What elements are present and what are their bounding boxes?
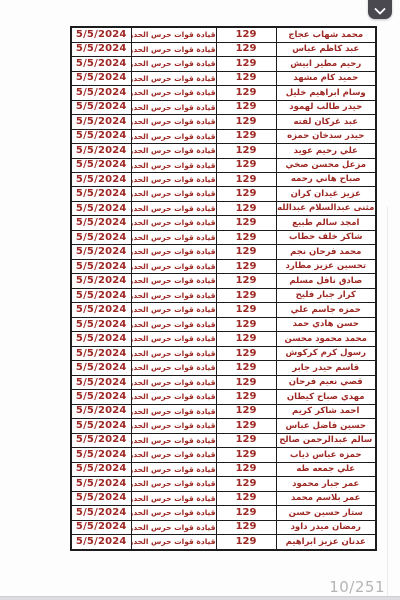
- table-row: 5/5/2024 قيادة قوات حرس الحدود 129 قصي ن…: [71, 375, 376, 389]
- table-row: 5/5/2024 قيادة قوات حرس الحدود 129 عبد ك…: [71, 42, 376, 56]
- number-cell: 129: [216, 144, 276, 158]
- date-cell: 5/5/2024: [71, 491, 131, 505]
- table-row: 5/5/2024 قيادة قوات حرس الحدود 129 حيدر …: [71, 100, 376, 114]
- unit-cell: قيادة قوات حرس الحدود: [131, 230, 216, 244]
- table-row: 5/5/2024 قيادة قوات حرس الحدود 129 عزيز …: [71, 187, 376, 201]
- unit-cell: قيادة قوات حرس الحدود: [131, 419, 216, 433]
- date-cell: 5/5/2024: [71, 173, 131, 187]
- table-row: 5/5/2024 قيادة قوات حرس الحدود 129 محمد …: [71, 27, 376, 42]
- chevron-down-icon: [374, 8, 386, 15]
- number-cell: 129: [216, 520, 276, 534]
- name-cell: وسام ابراهيم خليل: [276, 86, 376, 100]
- unit-cell: قيادة قوات حرس الحدود: [131, 115, 216, 129]
- date-cell: 5/5/2024: [71, 86, 131, 100]
- number-cell: 129: [216, 158, 276, 172]
- name-cell: محمد محمود محسن: [276, 332, 376, 346]
- number-cell: 129: [216, 332, 276, 346]
- name-cell: عدنان عزيز ابراهيم: [276, 535, 376, 550]
- number-cell: 129: [216, 245, 276, 259]
- number-cell: 129: [216, 100, 276, 114]
- unit-cell: قيادة قوات حرس الحدود: [131, 274, 216, 288]
- name-cell: عمر بلاسم محمد: [276, 491, 376, 505]
- number-cell: 129: [216, 173, 276, 187]
- number-cell: 129: [216, 375, 276, 389]
- date-cell: 5/5/2024: [71, 477, 131, 491]
- name-cell: حسين فاضل عباس: [276, 419, 376, 433]
- table-row: 5/5/2024 قيادة قوات حرس الحدود 129 ستار …: [71, 506, 376, 520]
- table-row: 5/5/2024 قيادة قوات حرس الحدود 129 مزعل …: [71, 158, 376, 172]
- unit-cell: قيادة قوات حرس الحدود: [131, 86, 216, 100]
- date-cell: 5/5/2024: [71, 27, 131, 42]
- unit-cell: قيادة قوات حرس الحدود: [131, 129, 216, 143]
- name-cell: امجد سالم طبيع: [276, 216, 376, 230]
- records-table: 5/5/2024 قيادة قوات حرس الحدود 129 محمد …: [70, 26, 377, 551]
- number-cell: 129: [216, 274, 276, 288]
- date-cell: 5/5/2024: [71, 187, 131, 201]
- table-row: 5/5/2024 قيادة قوات حرس الحدود 129 عمر ج…: [71, 477, 376, 491]
- date-cell: 5/5/2024: [71, 245, 131, 259]
- date-cell: 5/5/2024: [71, 115, 131, 129]
- unit-cell: قيادة قوات حرس الحدود: [131, 361, 216, 375]
- unit-cell: قيادة قوات حرس الحدود: [131, 477, 216, 491]
- number-cell: 129: [216, 535, 276, 550]
- number-cell: 129: [216, 448, 276, 462]
- date-cell: 5/5/2024: [71, 71, 131, 85]
- unit-cell: قيادة قوات حرس الحدود: [131, 520, 216, 534]
- table-row: 5/5/2024 قيادة قوات حرس الحدود 129 رحيم …: [71, 57, 376, 71]
- unit-cell: قيادة قوات حرس الحدود: [131, 201, 216, 215]
- unit-cell: قيادة قوات حرس الحدود: [131, 245, 216, 259]
- name-cell: حمزه جاسم علي: [276, 303, 376, 317]
- name-cell: حيدر طالب لهمود: [276, 100, 376, 114]
- number-cell: 129: [216, 462, 276, 476]
- date-cell: 5/5/2024: [71, 303, 131, 317]
- date-cell: 5/5/2024: [71, 404, 131, 418]
- number-cell: 129: [216, 71, 276, 85]
- name-cell: حيدر سدخان حمزه: [276, 129, 376, 143]
- scrollbar[interactable]: [387, 206, 388, 596]
- number-cell: 129: [216, 404, 276, 418]
- unit-cell: قيادة قوات حرس الحدود: [131, 100, 216, 114]
- unit-cell: قيادة قوات حرس الحدود: [131, 27, 216, 42]
- number-cell: 129: [216, 506, 276, 520]
- table-row: 5/5/2024 قيادة قوات حرس الحدود 129 حسين …: [71, 419, 376, 433]
- unit-cell: قيادة قوات حرس الحدود: [131, 448, 216, 462]
- date-cell: 5/5/2024: [71, 448, 131, 462]
- table-row: 5/5/2024 قيادة قوات حرس الحدود 129 وسام …: [71, 86, 376, 100]
- unit-cell: قيادة قوات حرس الحدود: [131, 535, 216, 550]
- date-cell: 5/5/2024: [71, 506, 131, 520]
- table-row: 5/5/2024 قيادة قوات حرس الحدود 129 حميد …: [71, 71, 376, 85]
- next-page-edge: [0, 596, 400, 600]
- unit-cell: قيادة قوات حرس الحدود: [131, 375, 216, 389]
- date-cell: 5/5/2024: [71, 317, 131, 331]
- name-cell: عمر جبار محمود: [276, 477, 376, 491]
- name-cell: حسن هادي حمد: [276, 317, 376, 331]
- date-cell: 5/5/2024: [71, 216, 131, 230]
- name-cell: مثنى عبدالسلام عبدالله: [276, 201, 376, 215]
- unit-cell: قيادة قوات حرس الحدود: [131, 288, 216, 302]
- table-row: 5/5/2024 قيادة قوات حرس الحدود 129 عمر ب…: [71, 491, 376, 505]
- name-cell: مهدي صباح كيطان: [276, 390, 376, 404]
- unit-cell: قيادة قوات حرس الحدود: [131, 506, 216, 520]
- name-cell: رسول كرم كركوش: [276, 346, 376, 360]
- number-cell: 129: [216, 230, 276, 244]
- table-row: 5/5/2024 قيادة قوات حرس الحدود 129 علي ج…: [71, 462, 376, 476]
- name-cell: رمضان ميدر داود: [276, 520, 376, 534]
- date-cell: 5/5/2024: [71, 100, 131, 114]
- table-row: 5/5/2024 قيادة قوات حرس الحدود 129 محمد …: [71, 245, 376, 259]
- date-cell: 5/5/2024: [71, 520, 131, 534]
- unit-cell: قيادة قوات حرس الحدود: [131, 317, 216, 331]
- date-cell: 5/5/2024: [71, 433, 131, 447]
- table-row: 5/5/2024 قيادة قوات حرس الحدود 129 مثنى …: [71, 201, 376, 215]
- date-cell: 5/5/2024: [71, 332, 131, 346]
- table-row: 5/5/2024 قيادة قوات حرس الحدود 129 مهدي …: [71, 390, 376, 404]
- page-indicator: 10/251: [329, 578, 385, 596]
- date-cell: 5/5/2024: [71, 158, 131, 172]
- number-cell: 129: [216, 419, 276, 433]
- unit-cell: قيادة قوات حرس الحدود: [131, 404, 216, 418]
- number-cell: 129: [216, 201, 276, 215]
- name-cell: قصي نعيم فرحان: [276, 375, 376, 389]
- date-cell: 5/5/2024: [71, 390, 131, 404]
- number-cell: 129: [216, 216, 276, 230]
- table-row: 5/5/2024 قيادة قوات حرس الحدود 129 صباح …: [71, 173, 376, 187]
- table-row: 5/5/2024 قيادة قوات حرس الحدود 129 حيدر …: [71, 129, 376, 143]
- table-row: 5/5/2024 قيادة قوات حرس الحدود 129 عدنان…: [71, 535, 376, 550]
- number-cell: 129: [216, 115, 276, 129]
- number-cell: 129: [216, 491, 276, 505]
- unit-cell: قيادة قوات حرس الحدود: [131, 390, 216, 404]
- table-row: 5/5/2024 قيادة قوات حرس الحدود 129 شاكر …: [71, 230, 376, 244]
- name-cell: شاكر خلف حطاب: [276, 230, 376, 244]
- table-row: 5/5/2024 قيادة قوات حرس الحدود 129 حسن ه…: [71, 317, 376, 331]
- date-cell: 5/5/2024: [71, 346, 131, 360]
- name-cell: محمد فرحان نجم: [276, 245, 376, 259]
- unit-cell: قيادة قوات حرس الحدود: [131, 42, 216, 56]
- table-row: 5/5/2024 قيادة قوات حرس الحدود 129 كرار …: [71, 288, 376, 302]
- date-cell: 5/5/2024: [71, 375, 131, 389]
- date-cell: 5/5/2024: [71, 419, 131, 433]
- name-cell: صباح هاني رحمه: [276, 173, 376, 187]
- date-cell: 5/5/2024: [71, 144, 131, 158]
- number-cell: 129: [216, 317, 276, 331]
- unit-cell: قيادة قوات حرس الحدود: [131, 433, 216, 447]
- name-cell: رحيم مطير ابيش: [276, 57, 376, 71]
- unit-cell: قيادة قوات حرس الحدود: [131, 144, 216, 158]
- unit-cell: قيادة قوات حرس الحدود: [131, 332, 216, 346]
- number-cell: 129: [216, 361, 276, 375]
- number-cell: 129: [216, 303, 276, 317]
- unit-cell: قيادة قوات حرس الحدود: [131, 71, 216, 85]
- name-cell: احمد شاكر كريم: [276, 404, 376, 418]
- number-cell: 129: [216, 57, 276, 71]
- date-cell: 5/5/2024: [71, 535, 131, 550]
- table-row: 5/5/2024 قيادة قوات حرس الحدود 129 صادق …: [71, 274, 376, 288]
- table-row: 5/5/2024 قيادة قوات حرس الحدود 129 حمزه …: [71, 448, 376, 462]
- unit-cell: قيادة قوات حرس الحدود: [131, 187, 216, 201]
- name-cell: قاسم حيدر جابر: [276, 361, 376, 375]
- number-cell: 129: [216, 129, 276, 143]
- unit-cell: قيادة قوات حرس الحدود: [131, 57, 216, 71]
- number-cell: 129: [216, 42, 276, 56]
- name-cell: حمزه عباس ذياب: [276, 448, 376, 462]
- name-cell: ستار حسين حسن: [276, 506, 376, 520]
- records-table-body: 5/5/2024 قيادة قوات حرس الحدود 129 محمد …: [71, 27, 376, 550]
- name-cell: حميد كام مشهد: [276, 71, 376, 85]
- table-row: 5/5/2024 قيادة قوات حرس الحدود 129 قاسم …: [71, 361, 376, 375]
- table-row: 5/5/2024 قيادة قوات حرس الحدود 129 رسول …: [71, 346, 376, 360]
- date-cell: 5/5/2024: [71, 201, 131, 215]
- unit-cell: قيادة قوات حرس الحدود: [131, 491, 216, 505]
- name-cell: سالم عبدالرحمن صالح: [276, 433, 376, 447]
- number-cell: 129: [216, 477, 276, 491]
- number-cell: 129: [216, 433, 276, 447]
- viewer-screen: 5/5/2024 قيادة قوات حرس الحدود 129 محمد …: [0, 0, 400, 600]
- table-row: 5/5/2024 قيادة قوات حرس الحدود 129 امجد …: [71, 216, 376, 230]
- unit-cell: قيادة قوات حرس الحدود: [131, 173, 216, 187]
- unit-cell: قيادة قوات حرس الحدود: [131, 346, 216, 360]
- unit-cell: قيادة قوات حرس الحدود: [131, 158, 216, 172]
- unit-cell: قيادة قوات حرس الحدود: [131, 259, 216, 273]
- number-cell: 129: [216, 86, 276, 100]
- date-cell: 5/5/2024: [71, 42, 131, 56]
- number-cell: 129: [216, 259, 276, 273]
- name-cell: مزعل محسن صخي: [276, 158, 376, 172]
- name-cell: عزيز غيدان كران: [276, 187, 376, 201]
- name-cell: صادق نافل مسلم: [276, 274, 376, 288]
- number-cell: 129: [216, 187, 276, 201]
- date-cell: 5/5/2024: [71, 361, 131, 375]
- date-cell: 5/5/2024: [71, 230, 131, 244]
- table-row: 5/5/2024 قيادة قوات حرس الحدود 129 عبد غ…: [71, 115, 376, 129]
- name-cell: عبد كاظم عباس: [276, 42, 376, 56]
- table-row: 5/5/2024 قيادة قوات حرس الحدود 129 احمد …: [71, 404, 376, 418]
- table-row: 5/5/2024 قيادة قوات حرس الحدود 129 محمد …: [71, 332, 376, 346]
- unit-cell: قيادة قوات حرس الحدود: [131, 216, 216, 230]
- number-cell: 129: [216, 27, 276, 42]
- name-cell: عبد غركان لفته: [276, 115, 376, 129]
- date-cell: 5/5/2024: [71, 288, 131, 302]
- date-cell: 5/5/2024: [71, 129, 131, 143]
- name-cell: كرار جبار فليح: [276, 288, 376, 302]
- table-row: 5/5/2024 قيادة قوات حرس الحدود 129 سالم …: [71, 433, 376, 447]
- number-cell: 129: [216, 346, 276, 360]
- table-row: 5/5/2024 قيادة قوات حرس الحدود 129 رمضان…: [71, 520, 376, 534]
- unit-cell: قيادة قوات حرس الحدود: [131, 462, 216, 476]
- name-cell: تحسين عزيز مطارد: [276, 259, 376, 273]
- table-row: 5/5/2024 قيادة قوات حرس الحدود 129 حمزه …: [71, 303, 376, 317]
- name-cell: علي رحيم عويد: [276, 144, 376, 158]
- date-cell: 5/5/2024: [71, 57, 131, 71]
- name-cell: محمد شهاب عجاج: [276, 27, 376, 42]
- table-row: 5/5/2024 قيادة قوات حرس الحدود 129 تحسين…: [71, 259, 376, 273]
- date-cell: 5/5/2024: [71, 259, 131, 273]
- number-cell: 129: [216, 288, 276, 302]
- name-cell: علي جمعه طه: [276, 462, 376, 476]
- date-cell: 5/5/2024: [71, 462, 131, 476]
- number-cell: 129: [216, 390, 276, 404]
- date-cell: 5/5/2024: [71, 274, 131, 288]
- unit-cell: قيادة قوات حرس الحدود: [131, 303, 216, 317]
- table-row: 5/5/2024 قيادة قوات حرس الحدود 129 علي ر…: [71, 144, 376, 158]
- scroll-down-button[interactable]: [368, 0, 392, 19]
